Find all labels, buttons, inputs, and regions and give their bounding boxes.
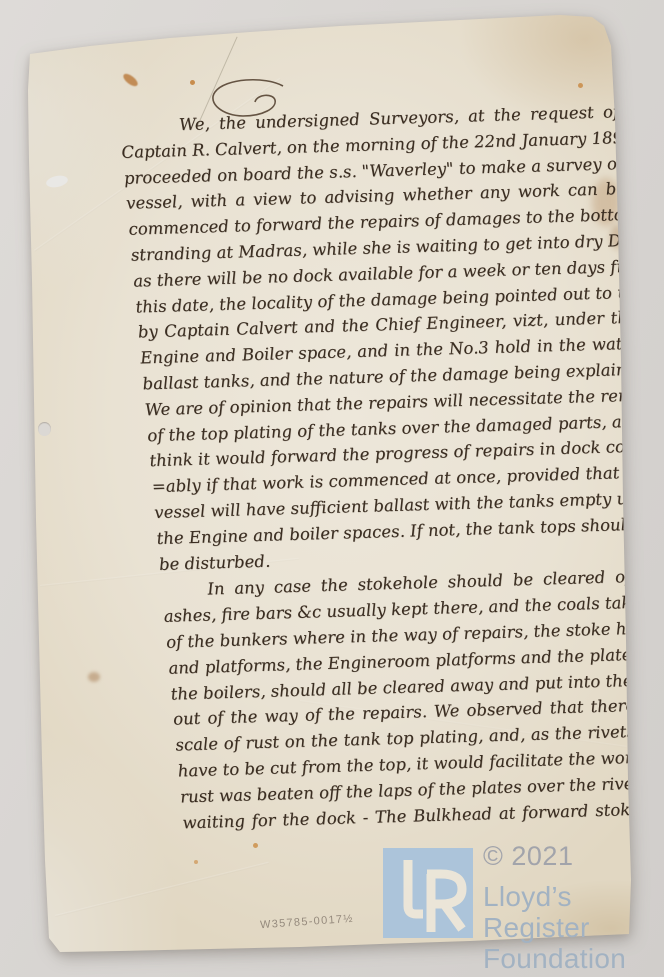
paper-chip [45,174,69,189]
reference-number: W35785-0017½ [260,913,354,932]
lr-watermark: © 2021 Lloyd’s Register Foundation [383,841,664,951]
foxing-spot [121,72,139,89]
foxing-spot [88,672,100,682]
foxing-spot [194,860,198,864]
lr-logo-icon [383,848,473,938]
watermark-org-line2: Foundation [483,943,664,974]
foxing-spot [190,80,195,85]
document-page-wrap: We, the undersigned Surveyors, at the re… [0,0,664,977]
watermark-org-line1: Lloyd’s Register [483,881,664,943]
photo-background: We, the undersigned Surveyors, at the re… [0,0,664,977]
handwritten-text: We, the undersigned Surveyors, at the re… [118,99,664,836]
watermark-copyright: © 2021 [483,841,573,872]
document-page: We, the undersigned Surveyors, at the re… [0,0,664,977]
foxing-spot [578,83,583,88]
paper-hole [38,422,51,436]
paper-crease [55,862,269,917]
watermark-org-name: Lloyd’s Register Foundation [483,881,664,974]
foxing-spot [253,843,258,848]
